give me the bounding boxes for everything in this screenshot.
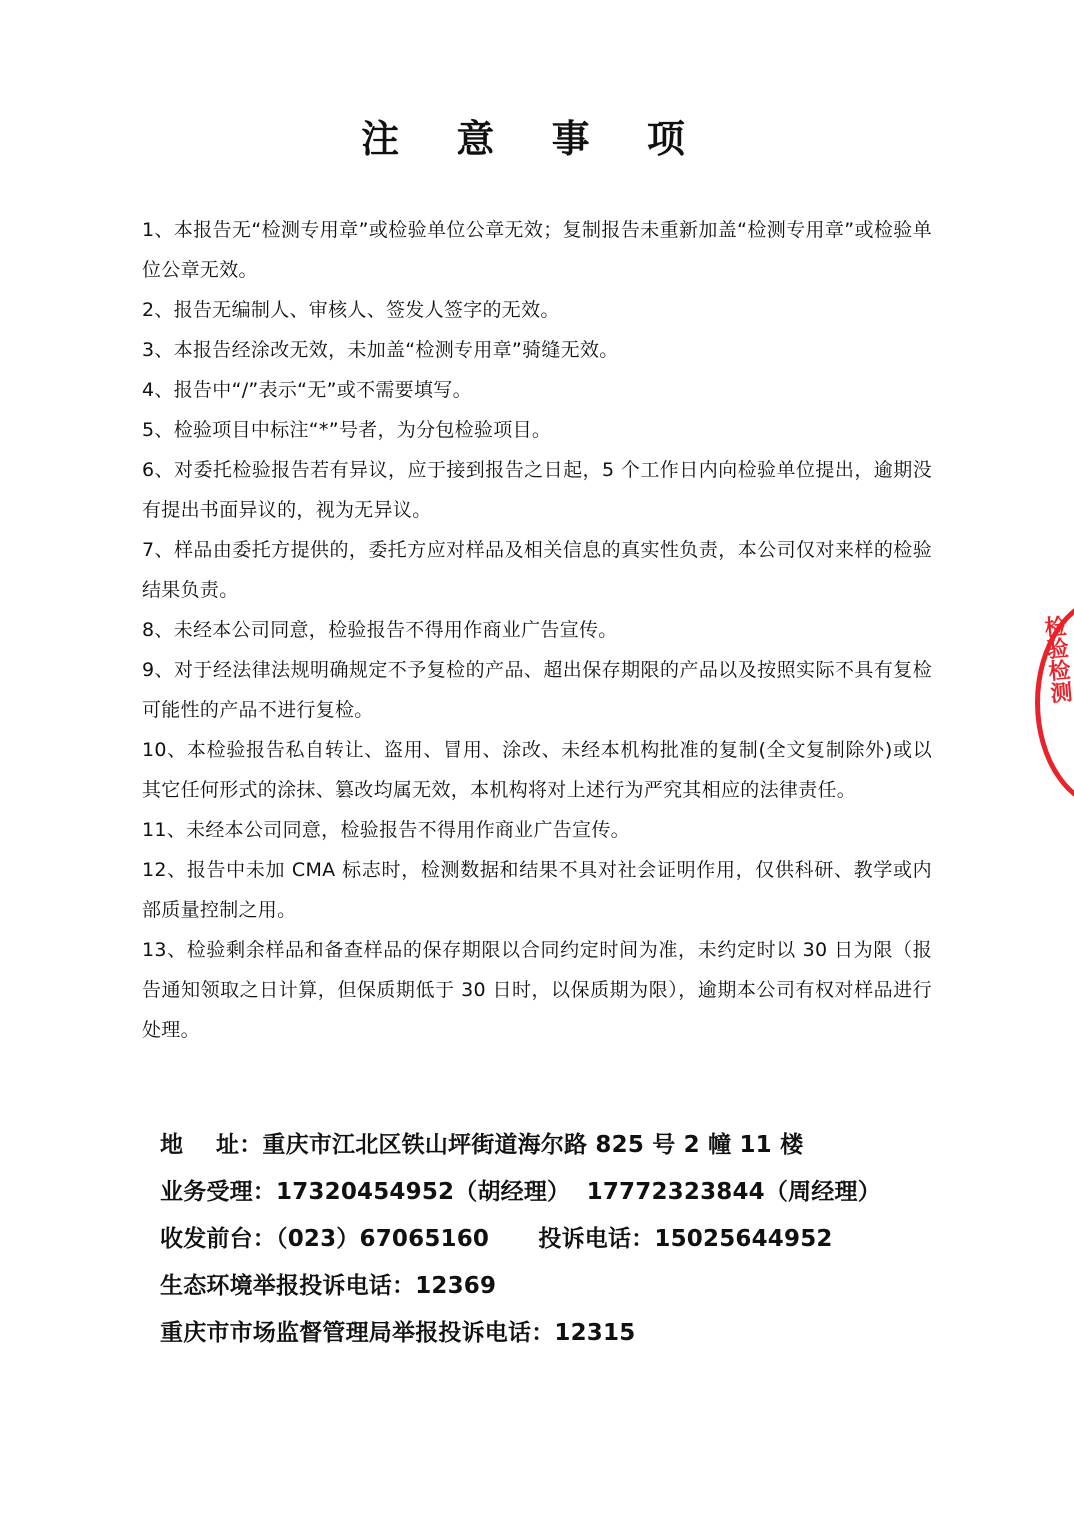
note-item: 11、未经本公司同意，检验报告不得用作商业广告宣传。 xyxy=(142,810,932,850)
contact-info: 地 址：重庆市江北区铁山坪街道海尔路 825 号 2 幢 11 楼 业务受理：1… xyxy=(160,1122,920,1357)
note-item: 7、样品由委托方提供的，委托方应对样品及相关信息的真实性负责，本公司仅对来样的检… xyxy=(142,530,932,610)
note-item: 13、检验剩余样品和备查样品的保存期限以合同约定时间为准，未约定时以 30 日为… xyxy=(142,930,932,1050)
note-item: 5、检验项目中标注“*”号者，为分包检验项目。 xyxy=(142,410,932,450)
note-item: 8、未经本公司同意，检验报告不得用作商业广告宣传。 xyxy=(142,610,932,650)
note-item: 1、本报告无“检测专用章”或检验单位公章无效；复制报告未重新加盖“检测专用章”或… xyxy=(142,210,932,290)
note-item: 2、报告无编制人、审核人、签发人签字的无效。 xyxy=(142,290,932,330)
eco-hotline-line: 生态环境举报投诉电话：12369 xyxy=(160,1263,920,1310)
note-item: 10、本检验报告私自转让、盗用、冒用、涂改、未经本机构批准的复制(全文复制除外)… xyxy=(142,730,932,810)
address-line: 地 址：重庆市江北区铁山坪街道海尔路 825 号 2 幢 11 楼 xyxy=(160,1122,920,1169)
notes-list: 1、本报告无“检测专用章”或检验单位公章无效；复制报告未重新加盖“检测专用章”或… xyxy=(142,210,932,1050)
market-hotline-line: 重庆市市场监督管理局举报投诉电话：12315 xyxy=(160,1310,920,1357)
note-item: 9、对于经法律法规明确规定不予复检的产品、超出保存期限的产品以及按照实际不具有复… xyxy=(142,650,932,730)
page-title: 注 意 事 项 xyxy=(0,108,1046,163)
note-item: 12、报告中未加 CMA 标志时，检测数据和结果不具对社会证明作用，仅供科研、教… xyxy=(142,850,932,930)
note-item: 6、对委托检验报告若有异议，应于接到报告之日起，5 个工作日内向检验单位提出，逾… xyxy=(142,450,932,530)
seal-stamp-text: 检验检测 xyxy=(1040,614,1074,704)
note-item: 4、报告中“/”表示“无”或不需要填写。 xyxy=(142,370,932,410)
front-desk-line: 收发前台：（023）67065160 投诉电话：15025644952 xyxy=(160,1216,920,1263)
business-phone-line: 业务受理：17320454952（胡经理） 17772323844（周经理） xyxy=(160,1169,920,1216)
note-item: 3、本报告经涂改无效，未加盖“检测专用章”骑缝无效。 xyxy=(142,330,932,370)
